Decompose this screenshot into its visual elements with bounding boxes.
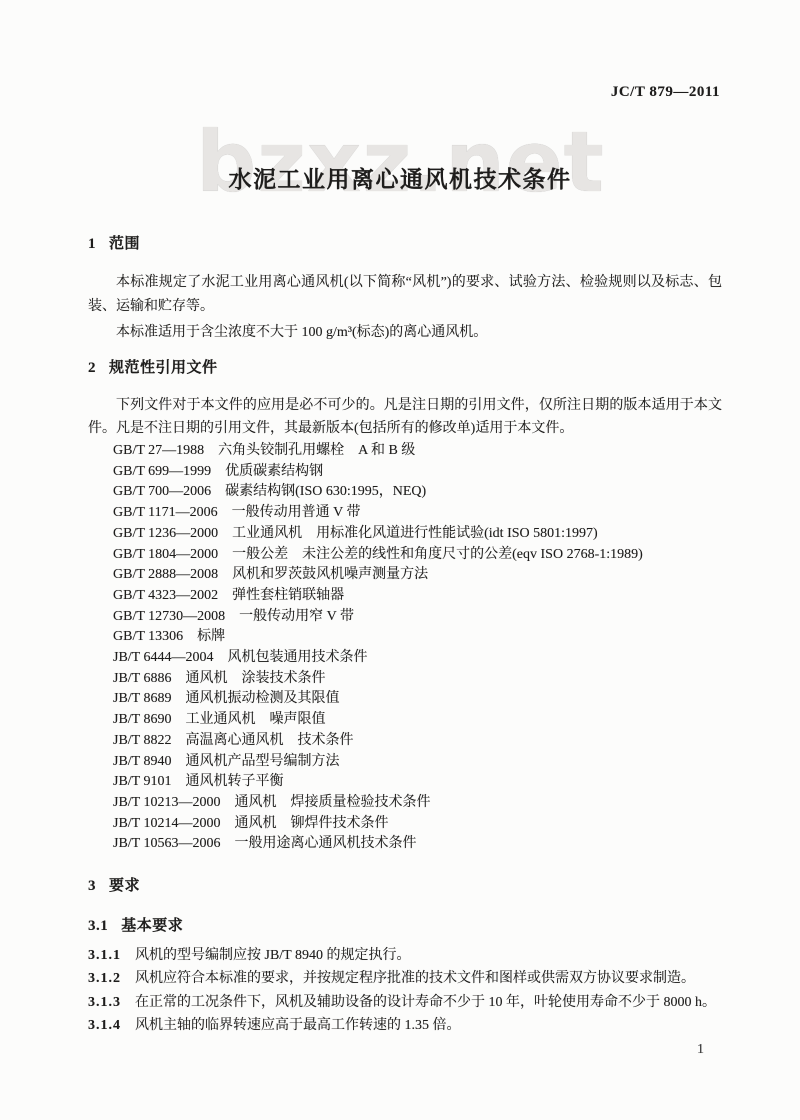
section-1-number: 1 — [88, 236, 96, 252]
clause-text: 风机主轴的临界转速应高于最高工作转速的 1.35 倍。 — [135, 1018, 461, 1033]
clause-number: 3.1.4 — [88, 1018, 121, 1033]
clause-row: 3.1.3在正常的工况条件下，风机及辅助设备的设计寿命不少于 10 年，叶轮使用… — [88, 991, 768, 1014]
section-2-heading: 2规范性引用文件 — [88, 356, 218, 377]
reference-item: GB/T 13306 标牌 — [113, 627, 643, 648]
reference-item: JB/T 9101 通风机转子平衡 — [113, 772, 643, 793]
reference-item: JB/T 6886 通风机 涂装技术条件 — [113, 669, 643, 690]
section-3-1-label: 基本要求 — [121, 918, 183, 934]
reference-item: JB/T 8690 工业通风机 噪声限值 — [113, 710, 643, 731]
reference-item: GB/T 27—1988 六角头铰制孔用螺栓 A 和 B 级 — [113, 441, 643, 462]
section-2-number: 2 — [88, 360, 96, 376]
reference-list: GB/T 27—1988 六角头铰制孔用螺栓 A 和 B 级 GB/T 699—… — [113, 441, 643, 855]
section-3-number: 3 — [88, 878, 96, 894]
standard-code: JC/T 879—2011 — [611, 84, 720, 101]
section-3-1-number: 3.1 — [88, 918, 108, 934]
clause-number: 3.1.2 — [88, 971, 121, 986]
clause-text: 风机应符合本标准的要求，并按规定程序批准的技术文件和图样或供需双方协议要求制造。 — [135, 971, 695, 986]
clause-text: 风机的型号编制应按 JB/T 8940 的规定执行。 — [135, 948, 410, 963]
reference-item: GB/T 699—1999 优质碳素结构钢 — [113, 462, 643, 483]
document-page: JC/T 879—2011 bzxz.net 水泥工业用离心通风机技术条件 1范… — [0, 0, 800, 1120]
scope-paragraphs: 本标准规定了水泥工业用离心通风机(以下简称“风机”)的要求、试验方法、检验规则以… — [88, 271, 722, 345]
clause-row: 3.1.1风机的型号编制应按 JB/T 8940 的规定执行。 — [88, 944, 768, 967]
section-1-label: 范围 — [109, 236, 140, 252]
references-intro-paragraph: 下列文件对于本文件的应用是必不可少的。凡是注日期的引用文件，仅所注日期的版本适用… — [88, 394, 722, 440]
section-2-label: 规范性引用文件 — [109, 360, 218, 376]
section-3-label: 要求 — [109, 878, 140, 894]
reference-item: GB/T 1804—2000 一般公差 未注公差的线性和角度尺寸的公差(eqv … — [113, 545, 643, 566]
section-3-1-heading: 3.1基本要求 — [88, 914, 183, 935]
scope-paragraph: 本标准规定了水泥工业用离心通风机(以下简称“风机”)的要求、试验方法、检验规则以… — [88, 271, 722, 318]
reference-item: JB/T 10214—2000 通风机 铆焊件技术条件 — [113, 814, 643, 835]
section-1-heading: 1范围 — [88, 232, 140, 253]
reference-item: GB/T 2888—2008 风机和罗茨鼓风机噪声测量方法 — [113, 565, 643, 586]
reference-item: JB/T 8940 通风机产品型号编制方法 — [113, 752, 643, 773]
section-3-heading: 3要求 — [88, 874, 140, 895]
reference-item: GB/T 12730—2008 一般传动用窄 V 带 — [113, 607, 643, 628]
reference-item: JB/T 6444—2004 风机包装通用技术条件 — [113, 648, 643, 669]
references-intro: 下列文件对于本文件的应用是必不可少的。凡是注日期的引用文件，仅所注日期的版本适用… — [88, 394, 722, 440]
reference-item: JB/T 10563—2006 一般用途离心通风机技术条件 — [113, 834, 643, 855]
reference-item: JB/T 8822 高温离心通风机 技术条件 — [113, 731, 643, 752]
clause-text: 在正常的工况条件下，风机及辅助设备的设计寿命不少于 10 年，叶轮使用寿命不少于… — [135, 995, 716, 1010]
clause-list: 3.1.1风机的型号编制应按 JB/T 8940 的规定执行。 3.1.2风机应… — [88, 944, 768, 1038]
reference-item: GB/T 1236—2000 工业通风机 用标准化风道进行性能试验(idt IS… — [113, 524, 643, 545]
reference-item: JB/T 10213—2000 通风机 焊接质量检验技术条件 — [113, 793, 643, 814]
clause-row: 3.1.2风机应符合本标准的要求，并按规定程序批准的技术文件和图样或供需双方协议… — [88, 967, 768, 990]
clause-row: 3.1.4风机主轴的临界转速应高于最高工作转速的 1.35 倍。 — [88, 1014, 768, 1037]
reference-item: JB/T 8689 通风机振动检测及其限值 — [113, 689, 643, 710]
reference-item: GB/T 4323—2002 弹性套柱销联轴器 — [113, 586, 643, 607]
clause-number: 3.1.3 — [88, 995, 121, 1010]
reference-item: GB/T 1171—2006 一般传动用普通 V 带 — [113, 503, 643, 524]
reference-item: GB/T 700—2006 碳素结构钢(ISO 630:1995，NEQ) — [113, 482, 643, 503]
clause-number: 3.1.1 — [88, 948, 121, 963]
scope-paragraph: 本标准适用于含尘浓度不大于 100 g/m³(标态)的离心通风机。 — [88, 321, 722, 345]
document-title: 水泥工业用离心通风机技术条件 — [0, 161, 800, 194]
page-number: 1 — [697, 1042, 704, 1058]
